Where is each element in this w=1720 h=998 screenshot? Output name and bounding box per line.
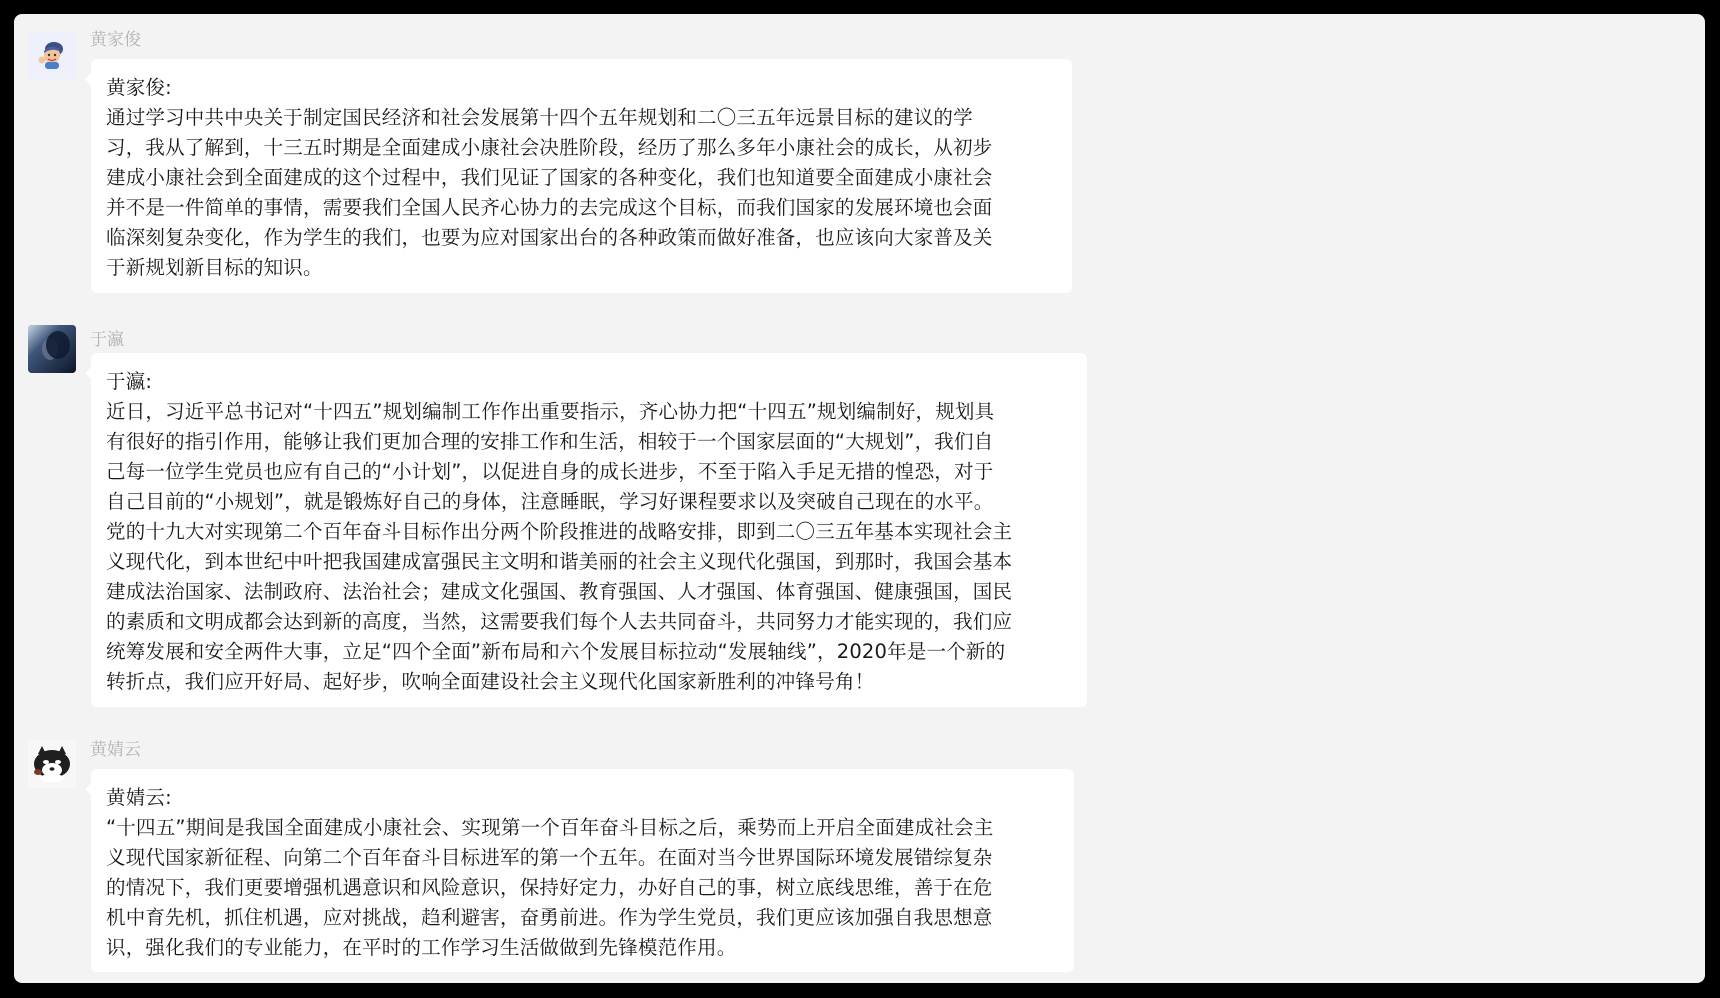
message-bubble: 黄婧云: “十四五”期间是我国全面建成小康社会、实现第一个百年奋斗目标之后，乘势… xyxy=(91,769,1074,972)
message-line: 的情况下，我们更要增强机遇意识和风险意识，保持好定力，办好自己的事，树立底线思维… xyxy=(106,873,1059,903)
cartoon-boy-avatar[interactable] xyxy=(28,31,76,79)
message-line: 通过学习中共中央关于制定国民经济和社会发展第十四个五年规划和二〇三五年远景目标的… xyxy=(106,103,1057,133)
message-line: 义现代国家新征程、向第二个百年奋斗目标进军的第一个五年。在面对当今世界国际环境发… xyxy=(106,843,1059,873)
sender-name: 于瀛 xyxy=(90,330,124,350)
message-line: 临深刻复杂变化，作为学生的我们，也要为应对国家出台的各种政策而做好准备，也应该向… xyxy=(106,223,1057,253)
message-bubble: 黄家俊: 通过学习中共中央关于制定国民经济和社会发展第十四个五年规划和二〇三五年… xyxy=(91,59,1072,293)
message-line: 黄婧云: xyxy=(106,783,1059,813)
message-line: 党的十九大对实现第二个百年奋斗目标作出分两个阶段推进的战略安排，即到二〇三五年基… xyxy=(106,517,1072,547)
dark-photo-avatar[interactable] xyxy=(28,325,76,373)
message-line: 习，我从了解到，十三五时期是全面建成小康社会决胜阶段，经历了那么多年小康社会的成… xyxy=(106,133,1057,163)
chat-panel: 黄家俊 黄家俊: 通过学习中共中央关于制定国民经济和社会发展第十四个五年规划和二… xyxy=(14,14,1705,983)
message-line: 于新规划新目标的知识。 xyxy=(106,253,1057,283)
message-line: 统筹发展和安全两件大事，立足“四个全面”新布局和六个发展目标拉动“发展轴线”，2… xyxy=(106,637,1072,667)
message-line: “十四五”期间是我国全面建成小康社会、实现第一个百年奋斗目标之后，乘势而上开启全… xyxy=(106,813,1059,843)
message-line: 有很好的指引作用，能够让我们更加合理的安排工作和生活，相较于一个国家层面的“大规… xyxy=(106,427,1072,457)
husky-dog-avatar[interactable] xyxy=(28,740,76,788)
message-line: 机中育先机，抓住机遇，应对挑战，趋利避害，奋勇前进。作为学生党员，我们更应该加强… xyxy=(106,903,1059,933)
message-line: 近日，习近平总书记对“十四五”规划编制工作作出重要指示，齐心协力把“十四五”规划… xyxy=(106,397,1072,427)
message-line: 自己目前的“小规划”，就是锻炼好自己的身体，注意睡眠，学习好课程要求以及突破自己… xyxy=(106,487,1072,517)
message-line: 的素质和文明成都会达到新的高度，当然，这需要我们每个人去共同奋斗，共同努力才能实… xyxy=(106,607,1072,637)
message-line: 建成小康社会到全面建成的这个过程中，我们见证了国家的各种变化，我们也知道要全面建… xyxy=(106,163,1057,193)
message-line: 并不是一件简单的事情，需要我们全国人民齐心协力的去完成这个目标，而我们国家的发展… xyxy=(106,193,1057,223)
message-line: 识，强化我们的专业能力，在平时的工作学习生活做做到先锋模范作用。 xyxy=(106,933,1059,963)
message-line: 转折点，我们应开好局、起好步，吹响全面建设社会主义现代化国家新胜利的冲锋号角！ xyxy=(106,667,1072,697)
message-bubble: 于瀛: 近日，习近平总书记对“十四五”规划编制工作作出重要指示，齐心协力把“十四… xyxy=(91,353,1087,707)
message-line: 建成法治国家、法制政府、法治社会；建成文化强国、教育强国、人才强国、体育强国、健… xyxy=(106,577,1072,607)
message-line: 己每一位学生党员也应有自己的“小计划”，以促进自身的成长进步，不至于陷入手足无措… xyxy=(106,457,1072,487)
message-line: 义现代化，到本世纪中叶把我国建成富强民主文明和谐美丽的社会主义现代化强国，到那时… xyxy=(106,547,1072,577)
message-line: 黄家俊: xyxy=(106,73,1057,103)
sender-name: 黄婧云 xyxy=(90,740,141,760)
sender-name: 黄家俊 xyxy=(90,30,141,50)
message-line: 于瀛: xyxy=(106,367,1072,397)
